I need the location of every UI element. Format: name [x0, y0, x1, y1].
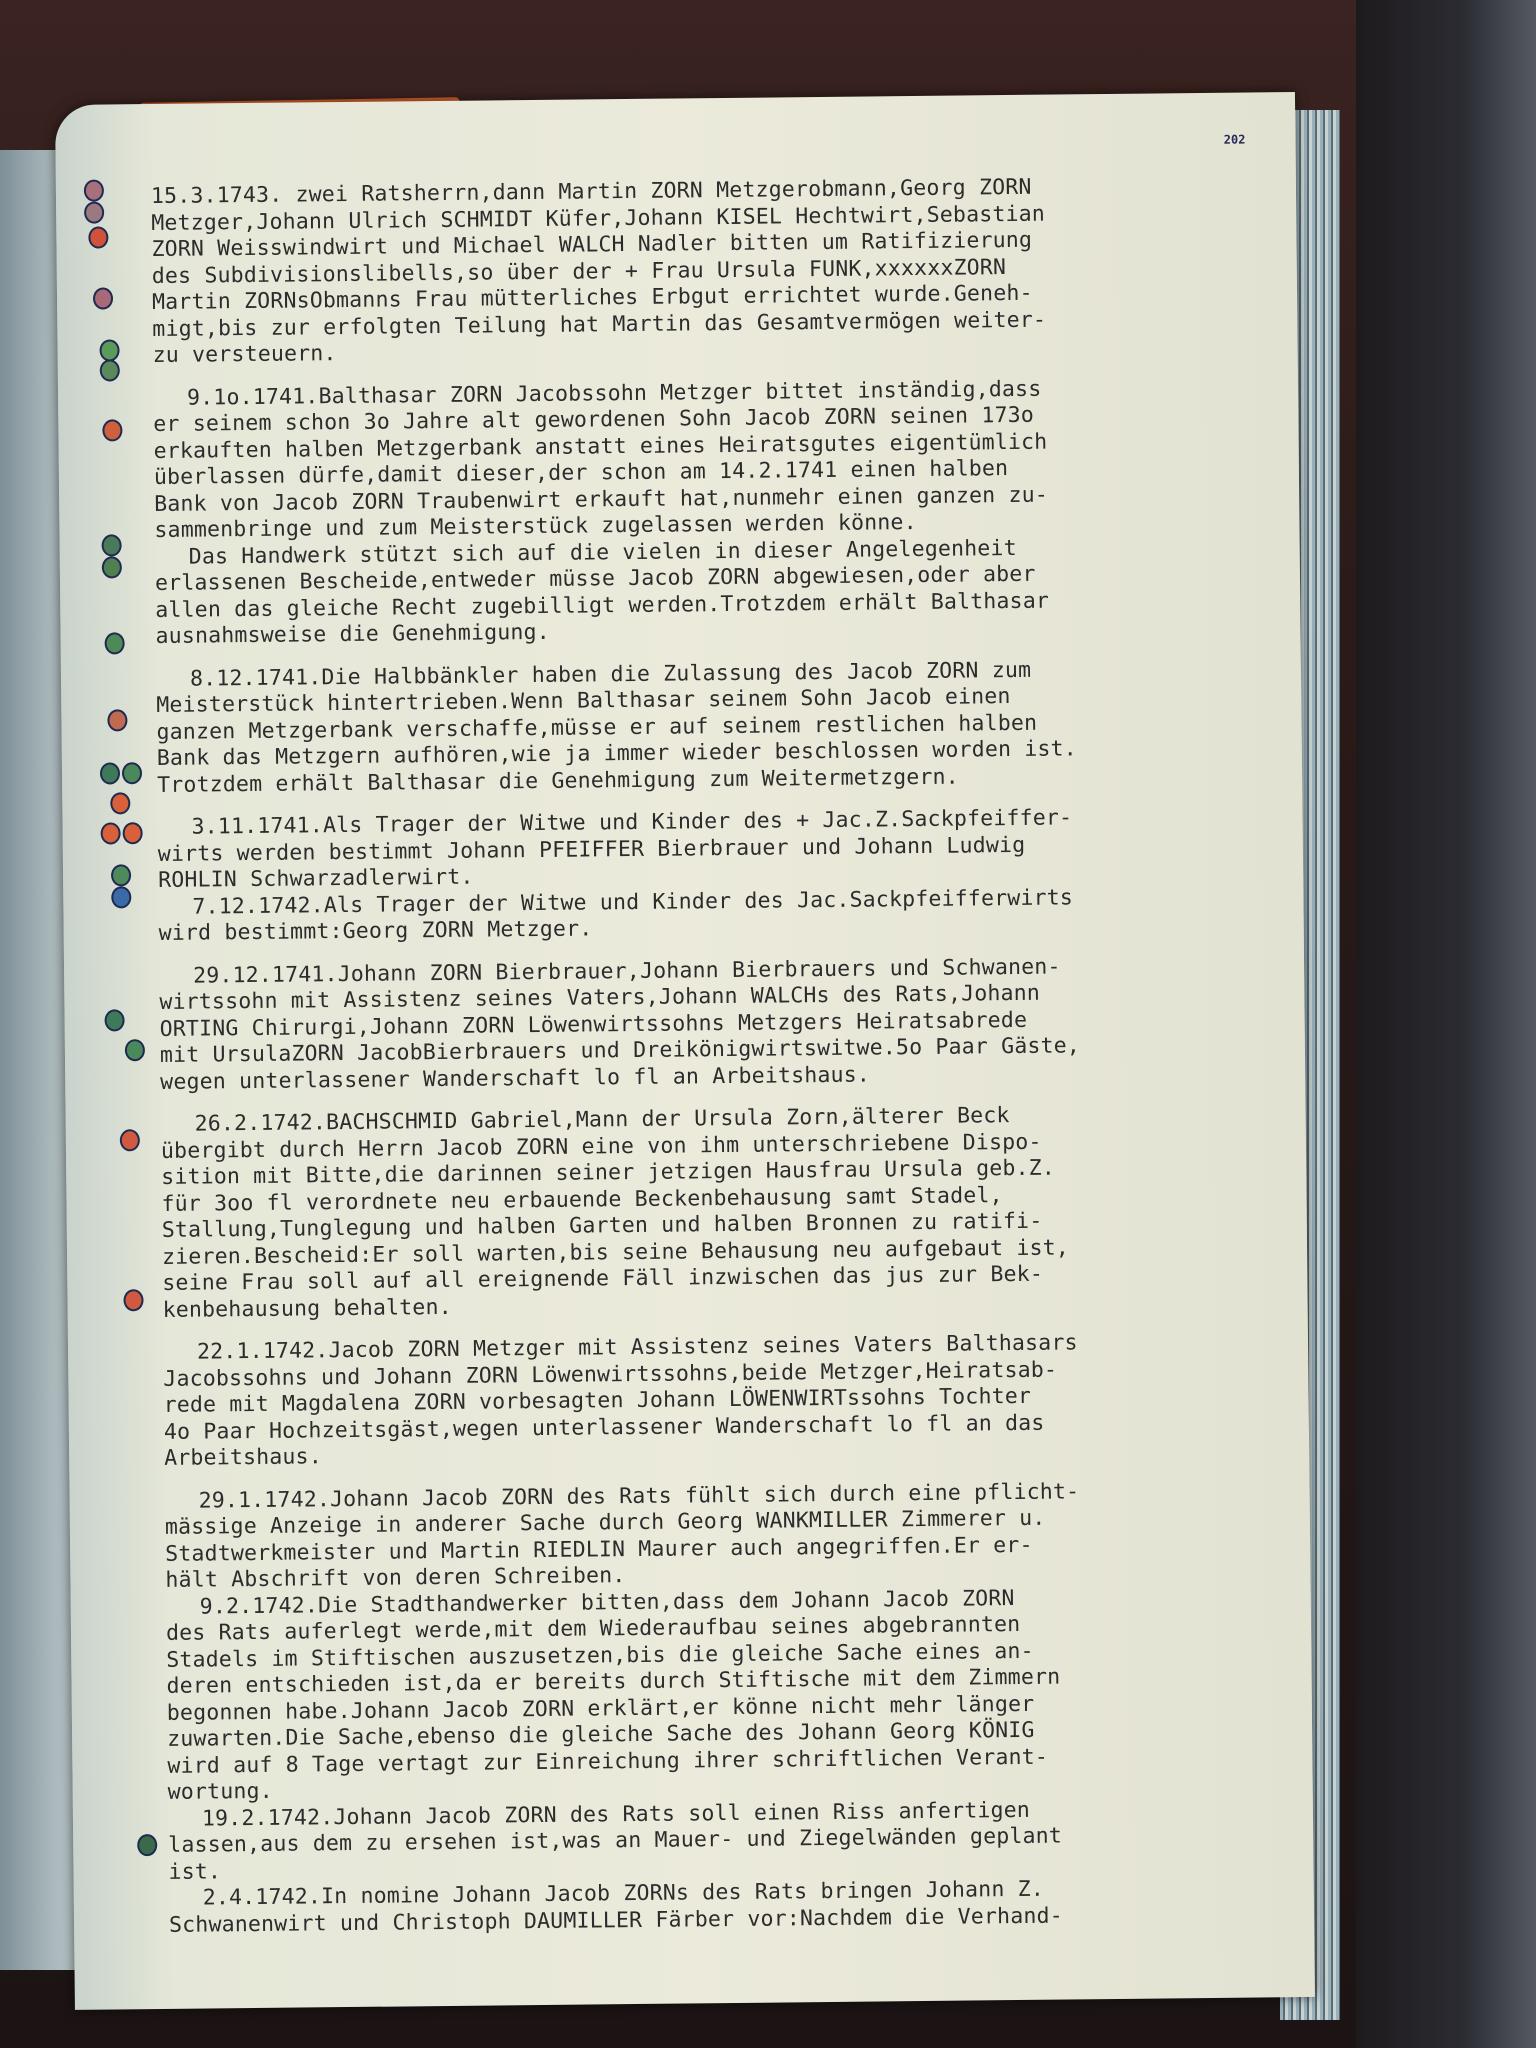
- document-entry: 29.12.1741.Johann ZORN Bierbrauer,Johann…: [159, 952, 1270, 1096]
- margin-mark-icon: [88, 226, 108, 248]
- margin-mark-icon: [102, 534, 122, 556]
- margin-mark-icon: [125, 1039, 145, 1061]
- margin-mark-icon: [137, 1834, 157, 1856]
- document-page: 202 15.3.1743. zwei Ratsherrn,dann Marti…: [55, 92, 1315, 2010]
- typed-text-body: 15.3.1743. zwei Ratsherrn,dann Martin ZO…: [151, 172, 1279, 1955]
- margin-mark-icon: [102, 556, 122, 578]
- margin-mark-icon: [105, 632, 125, 654]
- page-number: 202: [1224, 133, 1246, 147]
- document-entry: 26.2.1742.BACHSCHMID Gabriel,Mann der Ur…: [161, 1100, 1273, 1324]
- margin-mark-icon: [123, 1289, 143, 1311]
- margin-mark-icon: [102, 419, 122, 441]
- margin-mark-icon: [84, 201, 104, 223]
- margin-mark-icon: [123, 822, 143, 844]
- margin-mark-icon: [120, 1129, 140, 1151]
- document-entry: 3.11.1741.Als Trager der Witwe und Kinde…: [157, 803, 1268, 947]
- margin-mark-icon: [100, 359, 120, 381]
- margin-mark-icon: [107, 709, 127, 731]
- document-entry: 8.12.1741.Die Halbbänkler haben die Zula…: [156, 655, 1267, 799]
- margin-mark-icon: [122, 762, 142, 784]
- margin-mark-icon: [110, 792, 130, 814]
- margin-mark-icon: [111, 864, 131, 886]
- document-entry: 29.1.1742.Johann Jacob ZORN des Rats füh…: [164, 1477, 1279, 1939]
- margin-mark-icon: [104, 1009, 124, 1031]
- margin-mark-icon: [100, 762, 120, 784]
- margin-mark-icon: [101, 822, 121, 844]
- margin-mark-icon: [84, 179, 104, 201]
- margin-mark-icon: [111, 886, 131, 908]
- document-entry: 9.1o.1741.Balthasar ZORN Jacobssohn Metz…: [153, 374, 1266, 651]
- document-entry: 15.3.1743. zwei Ratsherrn,dann Martin ZO…: [151, 172, 1263, 369]
- document-entry: 22.1.1742.Jacob ZORN Metzger mit Assiste…: [163, 1328, 1274, 1472]
- margin-mark-icon: [99, 339, 119, 361]
- margin-mark-icon: [93, 287, 113, 309]
- background-right: [1356, 0, 1536, 2048]
